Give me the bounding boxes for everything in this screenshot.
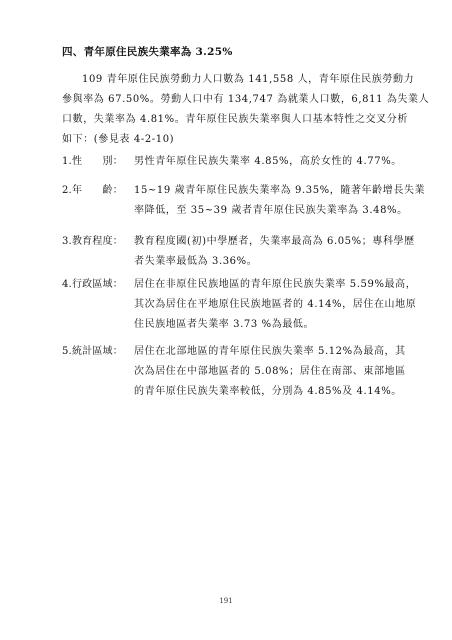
item-text: 教育程度國(初)中學歷者，失業率最高為 6.05%；專科學歷: [134, 232, 415, 252]
item-text: 男性青年原住民族失業率 4.85%，高於女性的 4.77%。: [134, 152, 402, 172]
item-label: 3.教育程度：: [62, 232, 134, 252]
analysis-item-education: 3.教育程度： 教育程度國(初)中學歷者，失業率最高為 6.05%；專科學歷 者…: [62, 232, 402, 272]
item-label: 2.年 齡：: [62, 181, 134, 201]
analysis-item-age: 2.年 齡： 15~19 歲青年原住民族失業率為 9.35%，隨著年齡增長失業 …: [62, 181, 402, 221]
item-label: 5.統計區域：: [62, 342, 134, 362]
item-text: 15~19 歲青年原住民族失業率為 9.35%，隨著年齡增長失業: [134, 181, 425, 201]
item-label: 1.性 別：: [62, 152, 134, 172]
item-label: 4.行政區域：: [62, 275, 134, 295]
item-text-continued: 住民族地區者失業率 3.73 %為最低。: [62, 315, 402, 335]
analysis-item-admin-region: 4.行政區域： 居住在非原住民族地區的青年原住民族失業率 5.59%最高， 其次…: [62, 275, 402, 335]
analysis-item-gender: 1.性 別： 男性青年原住民族失業率 4.85%，高於女性的 4.77%。: [62, 152, 402, 172]
page-number: 191: [0, 597, 452, 605]
section-heading: 四、青年原住民族失業率為 3.25%: [62, 44, 233, 59]
paragraph-line: 參與率為 67.50%。勞動人口中有 134,747 為就業人口數，6,811 …: [62, 90, 394, 110]
document-page: 四、青年原住民族失業率為 3.25% 109 青年原住民族勞動力人口數為 141…: [0, 0, 452, 640]
analysis-item-stat-region: 5.統計區域： 居住在北部地區的青年原住民族失業率 5.12%為最高，其 次為居…: [62, 342, 402, 402]
item-text: 居住在非原住民族地區的青年原住民族失業率 5.59%最高，: [134, 275, 416, 295]
item-text-continued: 率降低，至 35~39 歲者青年原住民族失業率為 3.48%。: [62, 201, 402, 221]
item-text-continued: 其次為居住在平地原住民族地區者的 4.14%，居住在山地原: [62, 295, 402, 315]
item-text: 居住在北部地區的青年原住民族失業率 5.12%為最高，其: [134, 342, 406, 362]
paragraph-line: 109 青年原住民族勞動力人口數為 141,558 人，青年原住民族勞動力: [62, 70, 394, 90]
item-text-continued: 的青年原住民族失業率較低，分別為 4.85%及 4.14%。: [62, 382, 402, 402]
paragraph-line: 口數，失業率為 4.81%。青年原住民族失業率與人口基本特性之交叉分析: [62, 110, 394, 130]
paragraph-line: 如下：(參見表 4-2-10): [62, 130, 394, 150]
item-text-continued: 者失業率最低為 3.36%。: [62, 252, 402, 272]
intro-paragraph: 109 青年原住民族勞動力人口數為 141,558 人，青年原住民族勞動力 參與…: [62, 70, 394, 150]
item-text-continued: 次為居住在中部地區者的 5.08%；居住在南部、東部地區: [62, 362, 402, 382]
